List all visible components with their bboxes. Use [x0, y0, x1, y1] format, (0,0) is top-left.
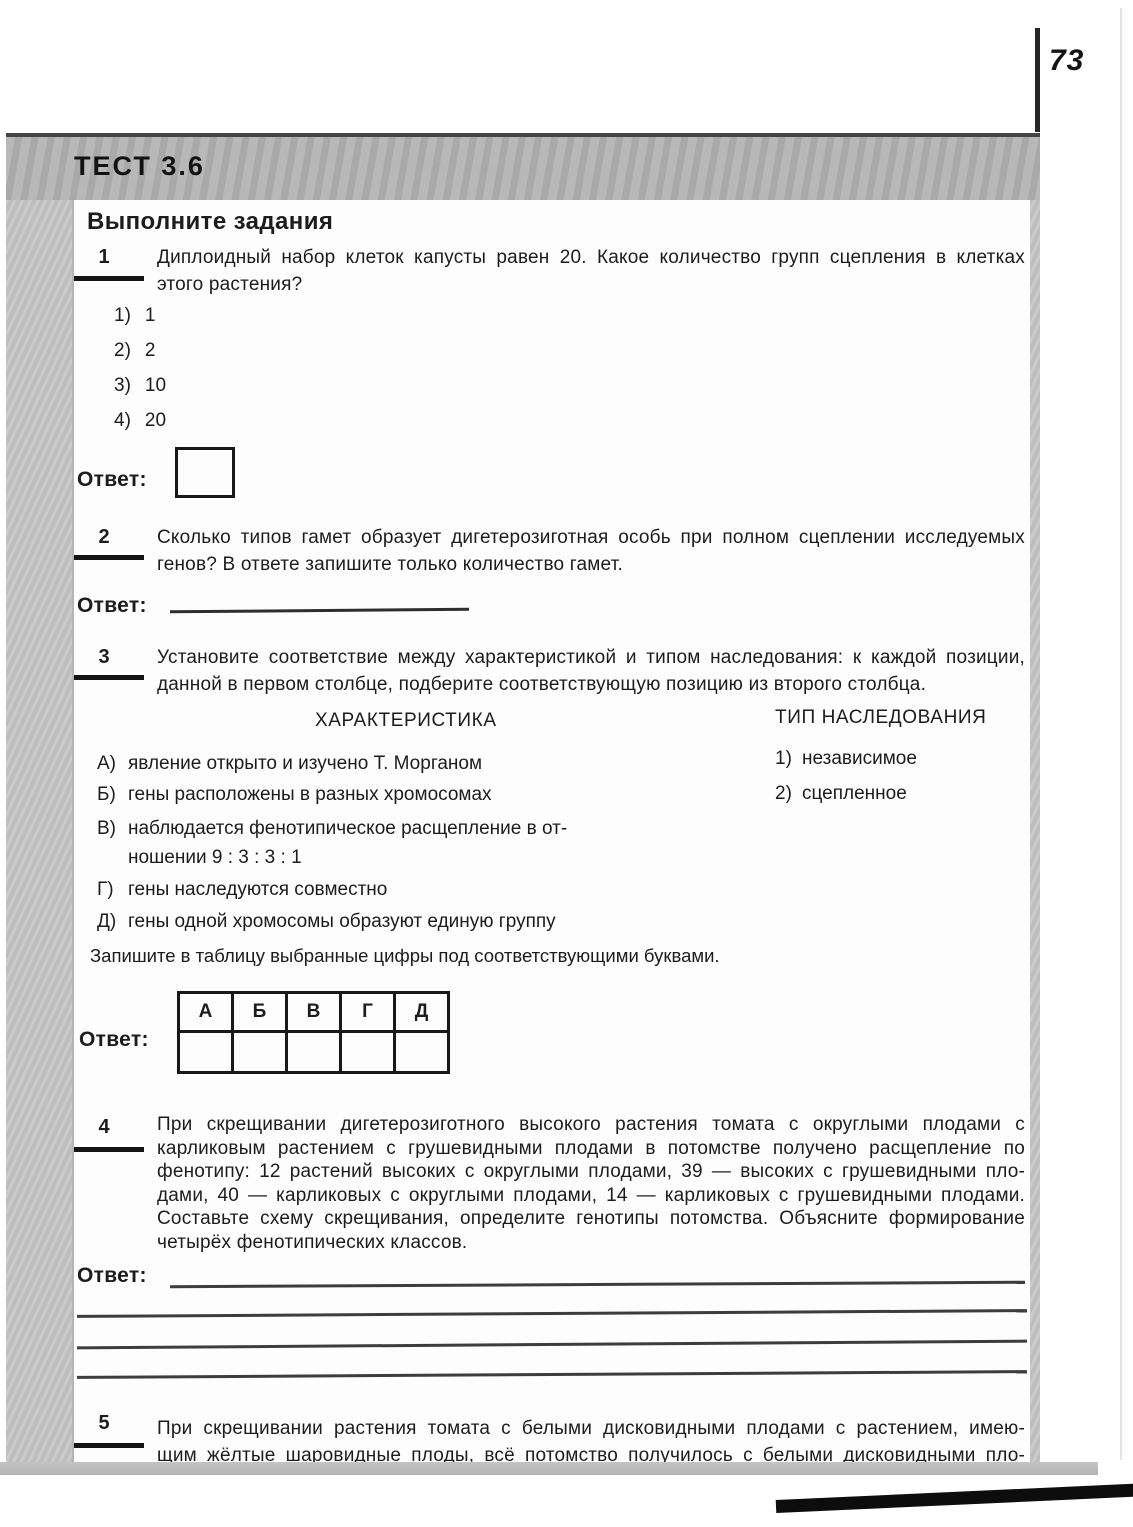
q4-answer-line-1[interactable]	[170, 1281, 1025, 1288]
section-heading: Выполните задания	[87, 208, 333, 236]
q4-answer-label: Ответ:	[77, 1264, 147, 1288]
q3-instruction: Запишите в таблицу выбранные цифры под с…	[90, 945, 720, 967]
question-text-line: Сколько типов гамет образует дигетерозиг…	[157, 524, 1025, 551]
q1-answer-box[interactable]	[175, 447, 235, 498]
question-text-line: четырёх фенотипических классов.	[157, 1231, 1025, 1255]
type-text: независимое	[802, 748, 917, 769]
page-number: 73	[1049, 44, 1084, 78]
page-edge-bar	[1035, 28, 1040, 132]
q3-right-column-title: ТИП НАСЛЕДОВАНИЯ	[775, 707, 986, 729]
item-label: Г)	[97, 875, 128, 904]
answer-cell-v[interactable]	[287, 1032, 341, 1073]
question-4-rule	[74, 1147, 144, 1152]
answer-cell-g[interactable]	[341, 1032, 395, 1073]
answer-cell-d[interactable]	[395, 1032, 449, 1073]
question-5-number: 5	[74, 1412, 134, 1435]
question-5-text: При скрещивании растения томата с белыми…	[157, 1415, 1025, 1469]
item-text: явление открыто и изучено Т. Морганом	[128, 749, 482, 778]
scanned-test-page: 73 ТЕСТ 3.6 Выполните задания 1 Диплоидн…	[0, 0, 1133, 1527]
question-5-rule	[74, 1443, 144, 1448]
q3-item-d: Д)гены одной хромосомы образуют единую г…	[97, 907, 556, 936]
q3-item-v: В)наблюдается фенотипическое расщепление…	[97, 814, 567, 872]
q3-item-b: Б)гены расположены в разных хромосомах	[97, 780, 492, 809]
question-1-rule	[74, 276, 144, 281]
option-value: 10	[145, 375, 166, 396]
question-3-text: Установите соответствие между характерис…	[157, 644, 1025, 698]
q1-answer-label: Ответ:	[77, 468, 147, 492]
header-cell-a: А	[179, 993, 233, 1032]
q3-answer-label: Ответ:	[79, 1028, 149, 1052]
type-label: 2)	[775, 783, 802, 805]
item-text: наблюдается фенотипическое расщепление в…	[128, 814, 567, 872]
question-text-line: фенотипу: 12 растений высоких с округлым…	[157, 1160, 1025, 1184]
header-cell-v: В	[287, 993, 341, 1032]
q2-answer-label: Ответ:	[77, 594, 147, 618]
question-text-line: этого растения?	[157, 271, 1025, 298]
option-row-3: 3)10	[114, 375, 166, 397]
header-cell-d: Д	[395, 993, 449, 1032]
option-label: 2)	[114, 340, 131, 362]
page-bottom-edge	[0, 1462, 1098, 1475]
item-label: А)	[97, 749, 128, 778]
answer-cell-b[interactable]	[233, 1032, 287, 1073]
item-label: Д)	[97, 907, 128, 936]
q4-answer-line-4[interactable]	[77, 1370, 1027, 1379]
q2-answer-line[interactable]	[170, 608, 469, 614]
item-label: Б)	[97, 780, 128, 809]
question-text-line: Диплоидный набор клеток капусты равен 20…	[157, 244, 1025, 271]
header-cell-g: Г	[341, 993, 395, 1032]
question-2-number: 2	[74, 526, 134, 549]
item-text: гены наследуются совместно	[128, 875, 387, 904]
question-1-options: 1)1 2)2 3)10 4)20	[114, 305, 166, 432]
scan-corner-shadow	[776, 1483, 1133, 1513]
option-label: 3)	[114, 375, 131, 397]
question-4-text: При скрещивании дигетерозиготного высоко…	[157, 1113, 1025, 1254]
question-2-rule	[74, 555, 144, 560]
q4-answer-line-3[interactable]	[77, 1340, 1027, 1350]
page-fold-line	[1120, 8, 1122, 1460]
question-text-line: дами, 40 — карликовых с округлыми плодам…	[157, 1184, 1025, 1208]
question-text-line: При скрещивании растения томата с белыми…	[157, 1415, 1025, 1442]
option-row-1: 1)1	[114, 305, 166, 327]
type-text: сцепленное	[802, 783, 907, 804]
q3-item-a: А)явление открыто и изучено Т. Морганом	[97, 749, 482, 778]
question-text-line: При скрещивании дигетерозиготного высоко…	[157, 1113, 1025, 1137]
q3-type-1: 1)независимое	[775, 748, 917, 770]
header-cell-b: Б	[233, 993, 287, 1032]
q3-type-2: 2)сцепленное	[775, 783, 907, 805]
content-area: Выполните задания 1 Диплоидный набор кле…	[72, 200, 1030, 1463]
q3-answer-table: А Б В Г Д	[177, 991, 450, 1074]
answer-cell-a[interactable]	[179, 1032, 233, 1073]
q3-answer-table-wrap: А Б В Г Д	[177, 991, 450, 1074]
type-label: 1)	[775, 748, 802, 770]
item-text: гены расположены в разных хромосомах	[128, 780, 492, 809]
q4-answer-line-2[interactable]	[77, 1309, 1027, 1318]
answer-table-input-row	[179, 1032, 449, 1073]
item-text: гены одной хромосомы образуют единую гру…	[128, 907, 556, 936]
question-3-number: 3	[74, 646, 134, 669]
question-1-text: Диплоидный набор клеток капусты равен 20…	[157, 244, 1025, 298]
question-text-line: генов? В ответе запишите только количест…	[157, 551, 1025, 578]
question-text-line: Составьте схему скрещивания, определите …	[157, 1207, 1025, 1231]
test-title: ТЕСТ 3.6	[74, 151, 205, 182]
option-row-4: 4)20	[114, 410, 166, 432]
test-header-band: ТЕСТ 3.6	[6, 133, 1040, 200]
option-value: 20	[145, 410, 166, 431]
question-text-line: Установите соответствие между характерис…	[157, 644, 1025, 671]
option-value: 1	[145, 305, 156, 326]
option-row-2: 2)2	[114, 340, 166, 362]
item-label: В)	[97, 814, 128, 843]
option-label: 4)	[114, 410, 131, 432]
question-4-number: 4	[74, 1116, 134, 1139]
q3-left-column-title: ХАРАКТЕРИСТИКА	[315, 710, 497, 732]
question-2-text: Сколько типов гамет образует дигетерозиг…	[157, 524, 1025, 578]
option-value: 2	[145, 340, 156, 361]
option-label: 1)	[114, 305, 131, 327]
answer-table-header-row: А Б В Г Д	[179, 993, 449, 1032]
question-3-rule	[74, 675, 144, 680]
q3-item-g: Г)гены наследуются совместно	[97, 875, 387, 904]
question-text-line: данной в первом столбце, подберите соотв…	[157, 671, 1025, 698]
question-1-number: 1	[74, 246, 134, 269]
question-text-line: карликовым растением с грушевидными плод…	[157, 1137, 1025, 1161]
